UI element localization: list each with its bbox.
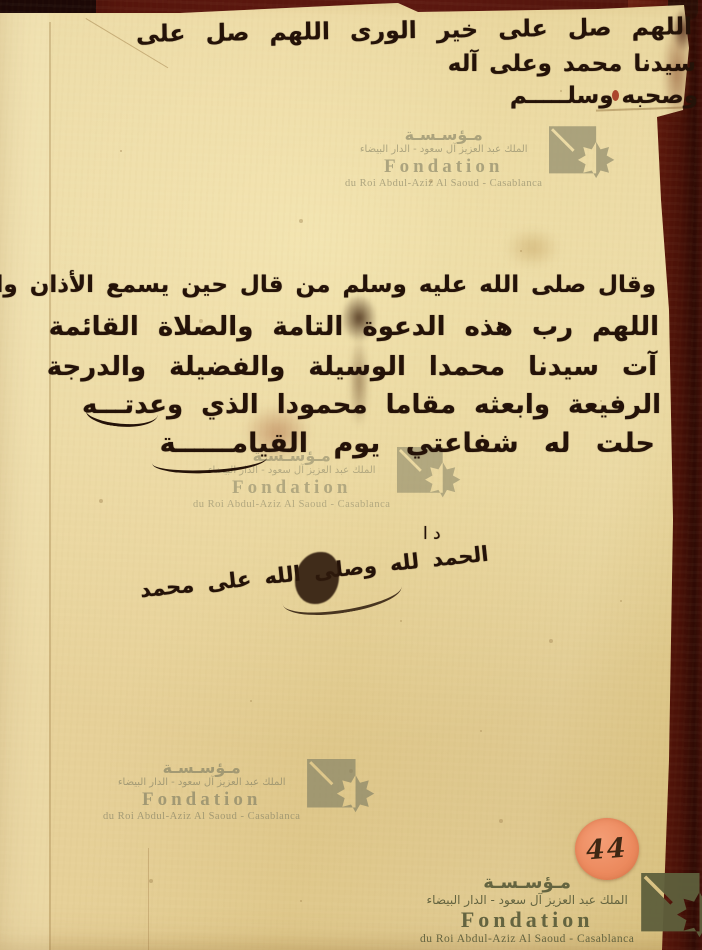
foundation-logo-icon [549, 126, 615, 179]
hadith-line-5: حلت له شفاعتي يوم القيامــــــة [160, 428, 655, 459]
watermark-latin-title: Fondation [345, 156, 542, 178]
invocation-line-2: سيدنا محمد وعلى آله [448, 51, 696, 77]
watermark-latin-line: du Roi Abdul-Aziz Al Saoud - Casablanca [193, 499, 390, 511]
foundation-logo-icon [307, 759, 375, 813]
watermark-text: مـؤسـسـة الملك عبد العزيز آل سعود - الدا… [103, 759, 300, 823]
watermark-latin-line: du Roi Abdul-Aziz Al Saoud - Casablanca [345, 178, 542, 190]
watermark-arabic-line: الملك عبد العزيز آل سعود - الدار البيضاء [345, 144, 542, 156]
hadith-line-2: اللهم رب هذه الدعوة التامة والصلاة القائ… [49, 312, 659, 342]
watermark-stamp-bottom-left: مـؤسـسـة الملك عبد العزيز آل سعود - الدا… [103, 759, 375, 823]
paper-speckles [120, 150, 122, 152]
watermark-arabic-title: مـؤسـسـة [103, 759, 300, 777]
binding-leather-top-left [0, 0, 96, 13]
folio-number: 44 [585, 832, 629, 866]
watermark-arabic-line: الملك عبد العزيز آل سعود - الدار البيضاء [103, 777, 300, 789]
invocation-line-3: وصحبه وسلـــــم [510, 83, 698, 109]
manuscript-scan-page: مـؤسـسـة الملك عبد العزيز آل سعود - الدا… [0, 0, 702, 950]
watermark-latin-title: Fondation [103, 789, 300, 811]
hadith-line-3: آت سيدنا محمدا الوسيلة والفضيلة والدرجة [47, 352, 657, 382]
watermark-arabic-title: مـؤسـسـة [345, 126, 542, 144]
watermark-text: مـؤسـسـة الملك عبد العزيز آل سعود - الدا… [420, 873, 634, 946]
watermark-arabic-line: الملك عبد العزيز آل سعود - الدار البيضاء [420, 894, 634, 908]
watermark-latin-line: du Roi Abdul-Aziz Al Saoud - Casablanca [103, 811, 300, 823]
folio-number-sticker: 44 [575, 818, 639, 880]
watermark-latin-title: Fondation [193, 477, 390, 499]
watermark-stamp-top: مـؤسـسـة الملك عبد العزيز آل سعود - الدا… [345, 126, 615, 190]
watermark-arabic-line: الملك عبد العزيز آل سعود - الدار البيضاء [193, 465, 390, 477]
watermark-stamp-bottom-right: مـؤسـسـة الملك عبد العزيز آل سعود - الدا… [420, 873, 702, 946]
paper-left-fold-line [49, 22, 51, 950]
watermark-latin-title: Fondation [420, 907, 634, 932]
watermark-arabic-title: مـؤسـسـة [420, 873, 634, 894]
watermark-latin-line: du Roi Abdul-Aziz Al Saoud - Casablanca [420, 933, 634, 946]
marginal-mark: د ا [423, 524, 441, 544]
hadith-line-4: الرفيعة وابعثه مقاما محمودا الذي وعدتـــ… [82, 390, 661, 420]
foundation-logo-icon [641, 873, 702, 938]
paper-bottom-fold-line [148, 848, 149, 950]
paper-left-fold-highlight [0, 13, 49, 950]
hadith-line-1: وقال صلى الله عليه وسلم من قال حين يسمع … [0, 272, 656, 298]
watermark-text: مـؤسـسـة الملك عبد العزيز آل سعود - الدا… [345, 126, 542, 190]
